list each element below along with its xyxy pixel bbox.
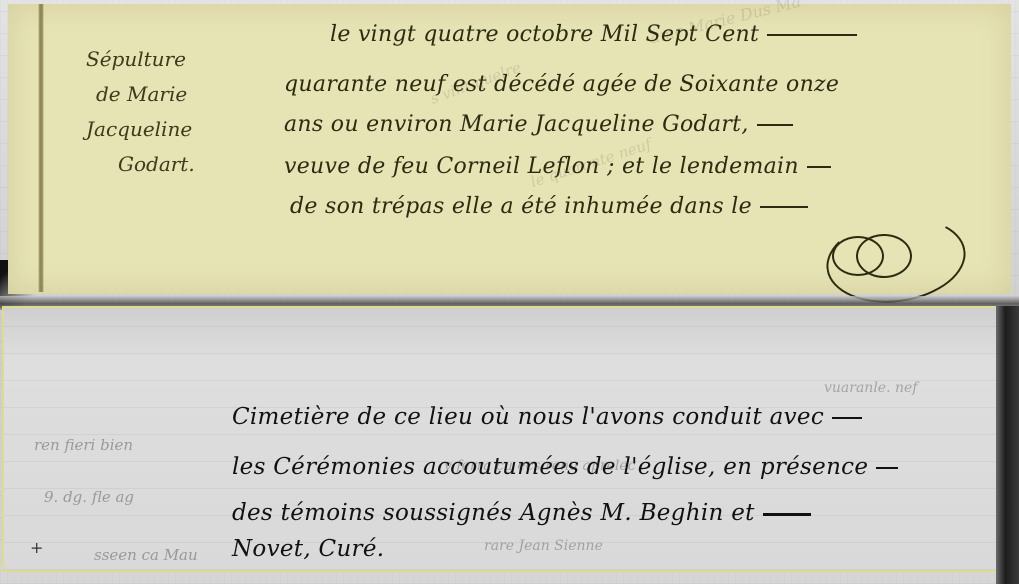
entry-line-1: le vingt quatre octobre Mil Sept Cent [330,22,857,47]
line-filler-dash [767,34,857,36]
bleed-through-text: ren fieri bien [34,436,133,454]
continuation-line-2: les Cérémonies accoutumées de l'église, … [232,454,898,480]
bleed-through-text: 9. dg. fle ag [44,488,134,506]
margin-note-line: de Marie [96,77,256,112]
entry-line-4: veuve de feu Corneil Leflon ; et le lend… [284,154,831,179]
line-filler-dash [876,467,898,469]
entry-text: de son trépas elle a été inhumée dans le [290,194,752,219]
margin-note-line: Godart. [118,147,256,182]
continuation-entry-region: ren fieri bien 9. dg. fle ag sseen ca Ma… [2,306,1000,572]
bleed-through-text: vuaranle. nef [824,380,917,396]
continuation-line-4: Novet, Curé. [232,536,384,562]
entry-line-2: quarante neuf est décédé agée de Soixant… [284,72,839,97]
line-filler-dash [832,417,862,419]
page-edge-shadow [996,306,1019,584]
bleed-through-text: sseen ca Mau [94,546,198,564]
entry-text: le vingt quatre octobre Mil Sept Cent [330,22,759,47]
entry-line-3: ans ou environ Marie Jacqueline Godart, [284,112,793,137]
margin-note: Sépulture de Marie Jacqueline Godart. [86,42,256,182]
line-filler-dash [760,206,808,208]
margin-note-line: Sépulture [86,42,256,77]
line-filler-dash [807,166,831,168]
entry-text: des témoins soussignés Agnès M. Beghin e… [232,500,755,526]
line-filler-dash [763,513,811,516]
margin-rule-line [38,4,44,292]
entry-text: les Cérémonies accoutumées de l'église, … [232,454,868,480]
bleed-through-text: rare Jean Sienne [484,538,603,554]
continuation-line-1: Cimetière de ce lieu où nous l'avons con… [232,404,862,430]
line-filler-dash [757,124,793,126]
entry-text: ans ou environ Marie Jacqueline Godart, [284,112,749,137]
entry-text: veuve de feu Corneil Leflon ; et le lend… [284,154,799,179]
marginal-cross-mark: + [30,538,43,557]
entry-text: Cimetière de ce lieu où nous l'avons con… [232,404,824,430]
margin-note-line: Jacqueline [86,112,256,147]
entry-line-5: de son trépas elle a été inhumée dans le [290,194,808,219]
signature-paraph-loop [856,234,912,278]
continuation-line-3: des témoins soussignés Agnès M. Beghin e… [232,500,811,526]
